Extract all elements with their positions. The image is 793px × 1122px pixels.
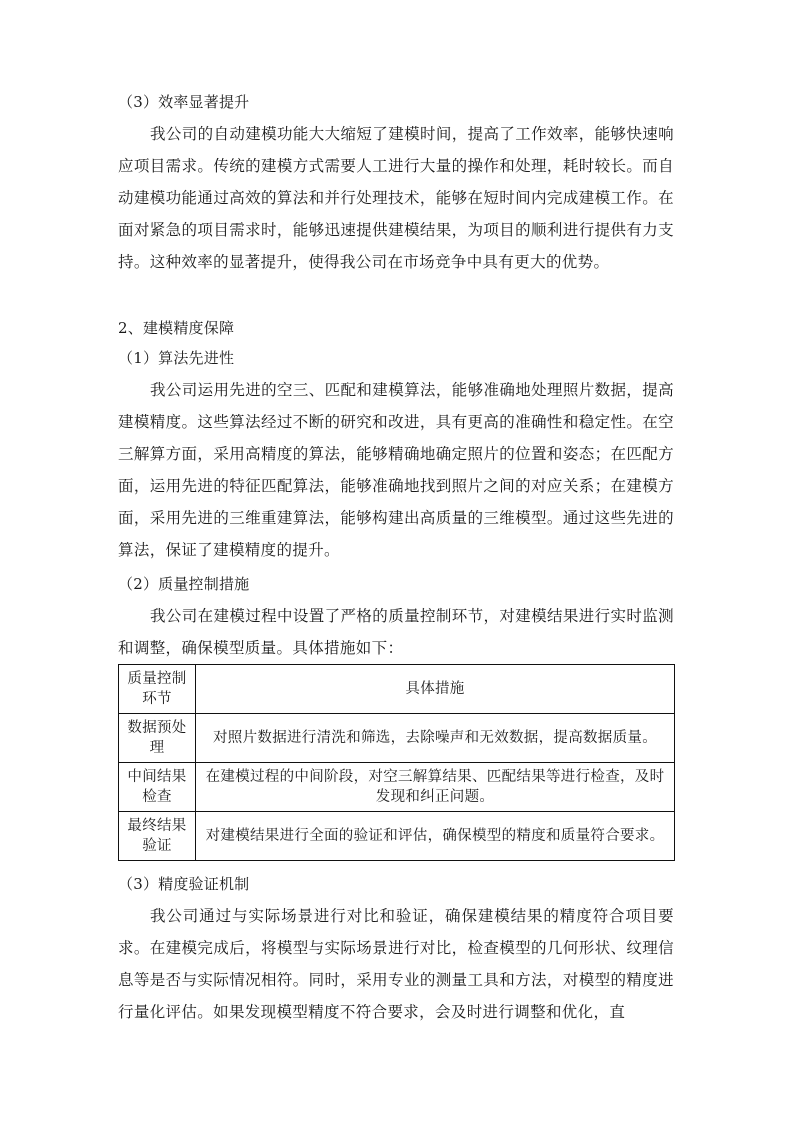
- table-header-cell: 质量控制环节: [119, 665, 196, 714]
- paragraph-accuracy-verification: 我公司通过与实际场景进行对比和验证，确保建模结果的精度符合项目要求。在建模完成后…: [118, 900, 674, 1028]
- heading-modeling-accuracy: 2、建模精度保障: [118, 318, 678, 338]
- table-row: 最终结果验证 对建模结果进行全面的验证和评估，确保模型的精度和质量符合要求。: [119, 812, 675, 861]
- heading-quality-control: （2）质量控制措施: [118, 574, 678, 594]
- table-cell-measure: 对照片数据进行清洗和筛选，去除噪声和无效数据，提高数据质量。: [196, 714, 675, 763]
- table-row: 中间结果检查 在建模过程的中间阶段，对空三解算结果、匹配结果等进行检查，及时发现…: [119, 763, 675, 812]
- heading-accuracy-verification: （3）精度验证机制: [118, 874, 678, 894]
- table-cell-stage: 最终结果验证: [119, 812, 196, 861]
- paragraph-efficiency: 我公司的自动建模功能大大缩短了建模时间，提高了工作效率，能够快速响应项目需求。传…: [118, 118, 674, 278]
- document-page: （3）效率显著提升 我公司的自动建模功能大大缩短了建模时间，提高了工作效率，能够…: [0, 0, 793, 1122]
- table-cell-stage: 中间结果检查: [119, 763, 196, 812]
- table-row: 数据预处理 对照片数据进行清洗和筛选，去除噪声和无效数据，提高数据质量。: [119, 714, 675, 763]
- paragraph-algorithm: 我公司运用先进的空三、匹配和建模算法，能够准确地处理照片数据，提高建模精度。这些…: [118, 374, 674, 566]
- quality-control-table: 质量控制环节 具体措施 数据预处理 对照片数据进行清洗和筛选，去除噪声和无效数据…: [118, 664, 675, 861]
- heading-algorithm-advancement: （1）算法先进性: [118, 348, 678, 368]
- table-cell-measure: 对建模结果进行全面的验证和评估，确保模型的精度和质量符合要求。: [196, 812, 675, 861]
- table-header-cell: 具体措施: [196, 665, 675, 714]
- table-cell-measure: 在建模过程的中间阶段，对空三解算结果、匹配结果等进行检查，及时发现和纠正问题。: [196, 763, 675, 812]
- paragraph-quality-control: 我公司在建模过程中设置了严格的质量控制环节，对建模结果进行实时监测和调整，确保模…: [118, 600, 674, 664]
- table-cell-stage: 数据预处理: [119, 714, 196, 763]
- heading-efficiency-improvement: （3）效率显著提升: [118, 92, 678, 112]
- table-header-row: 质量控制环节 具体措施: [119, 665, 675, 714]
